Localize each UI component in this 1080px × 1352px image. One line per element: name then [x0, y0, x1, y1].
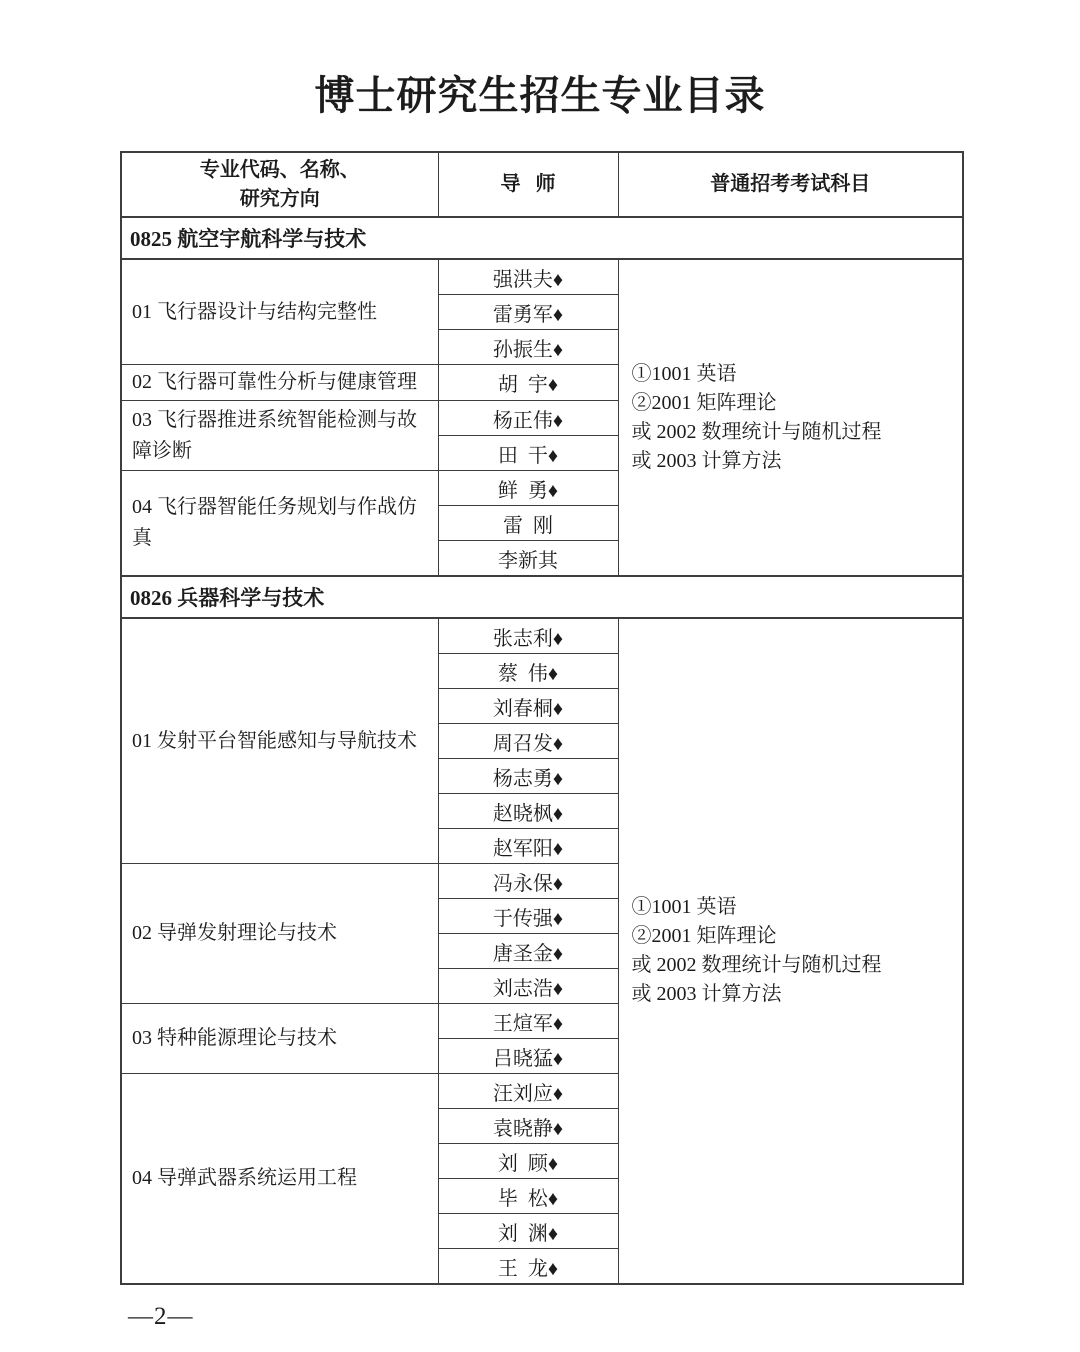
exam-line: ①1001 英语 [632, 893, 963, 922]
direction-cell: 02 飞行器可靠性分析与健康管理 [121, 365, 438, 401]
exam-subjects-cell: ①1001 英语 ②2001 矩阵理论 或 2002 数理统计与随机过程 或 2… [618, 618, 963, 1284]
tutor-cell: 雷勇军♦ [438, 295, 618, 330]
tutor-cell: 唐圣金♦ [438, 934, 618, 969]
tutor-cell: 蔡 伟♦ [438, 654, 618, 689]
tutor-cell: 汪刘应♦ [438, 1074, 618, 1109]
direction-cell: 03 飞行器推进系统智能检测与故障诊断 [121, 401, 438, 471]
tutor-cell: 鲜 勇♦ [438, 471, 618, 506]
column-header-major: 专业代码、名称、 研究方向 [121, 152, 438, 217]
table-row: 01 发射平台智能感知与导航技术 张志利♦ ①1001 英语 ②2001 矩阵理… [121, 618, 963, 654]
direction-cell: 01 发射平台智能感知与导航技术 [121, 618, 438, 864]
page-number: —2— [128, 1303, 1080, 1331]
column-header-exam: 普通招考考试科目 [618, 152, 963, 217]
tutor-cell: 李新其 [438, 541, 618, 577]
tutor-cell: 田 干♦ [438, 436, 618, 471]
direction-cell: 02 导弹发射理论与技术 [121, 864, 438, 1004]
tutor-cell: 雷 刚 [438, 506, 618, 541]
tutor-cell: 刘 渊♦ [438, 1214, 618, 1249]
exam-line: ②2001 矩阵理论 [632, 922, 963, 951]
direction-cell: 04 飞行器智能任务规划与作战仿真 [121, 471, 438, 577]
direction-cell: 03 特种能源理论与技术 [121, 1004, 438, 1074]
exam-line: 或 2003 计算方法 [632, 980, 963, 1009]
tutor-cell: 张志利♦ [438, 618, 618, 654]
exam-line: 或 2002 数理统计与随机过程 [632, 951, 963, 980]
tutor-cell: 胡 宇♦ [438, 365, 618, 401]
tutor-cell: 于传强♦ [438, 899, 618, 934]
tutor-cell: 杨正伟♦ [438, 401, 618, 436]
table-header-row: 专业代码、名称、 研究方向 导 师 普通招考考试科目 [121, 152, 963, 217]
tutor-cell: 冯永保♦ [438, 864, 618, 899]
column-header-tutor: 导 师 [438, 152, 618, 217]
page-title: 博士研究生招生专业目录 [0, 0, 1080, 121]
tutor-cell: 刘 顾♦ [438, 1144, 618, 1179]
exam-line: ①1001 英语 [632, 360, 963, 389]
tutor-cell: 赵晓枫♦ [438, 794, 618, 829]
tutor-cell: 赵军阳♦ [438, 829, 618, 864]
tutor-cell: 王煊军♦ [438, 1004, 618, 1039]
tutor-cell: 刘春桐♦ [438, 689, 618, 724]
tutor-cell: 杨志勇♦ [438, 759, 618, 794]
section-title-0826: 0826 兵器科学与技术 [121, 576, 963, 618]
direction-cell: 01 飞行器设计与结构完整性 [121, 259, 438, 365]
tutor-cell: 刘志浩♦ [438, 969, 618, 1004]
column-header-major-line1: 专业代码、名称、 [122, 156, 438, 185]
direction-cell: 04 导弹武器系统运用工程 [121, 1074, 438, 1285]
exam-line: ②2001 矩阵理论 [632, 389, 963, 418]
section-title-0825: 0825 航空宇航科学与技术 [121, 217, 963, 259]
column-header-major-line2: 研究方向 [122, 185, 438, 214]
tutor-cell: 袁晓静♦ [438, 1109, 618, 1144]
tutor-cell: 孙振生♦ [438, 330, 618, 365]
tutor-cell: 吕晓猛♦ [438, 1039, 618, 1074]
tutor-cell: 周召发♦ [438, 724, 618, 759]
section-header-0826: 0826 兵器科学与技术 [121, 576, 963, 618]
tutor-cell: 毕 松♦ [438, 1179, 618, 1214]
exam-line: 或 2003 计算方法 [632, 447, 963, 476]
tutor-cell: 王 龙♦ [438, 1249, 618, 1285]
table-row: 01 飞行器设计与结构完整性 强洪夫♦ ①1001 英语 ②2001 矩阵理论 … [121, 259, 963, 295]
exam-line: 或 2002 数理统计与随机过程 [632, 418, 963, 447]
exam-subjects-cell: ①1001 英语 ②2001 矩阵理论 或 2002 数理统计与随机过程 或 2… [618, 259, 963, 576]
admissions-catalog-table: 专业代码、名称、 研究方向 导 师 普通招考考试科目 0825 航空宇航科学与技… [120, 151, 964, 1285]
tutor-cell: 强洪夫♦ [438, 259, 618, 295]
section-header-0825: 0825 航空宇航科学与技术 [121, 217, 963, 259]
